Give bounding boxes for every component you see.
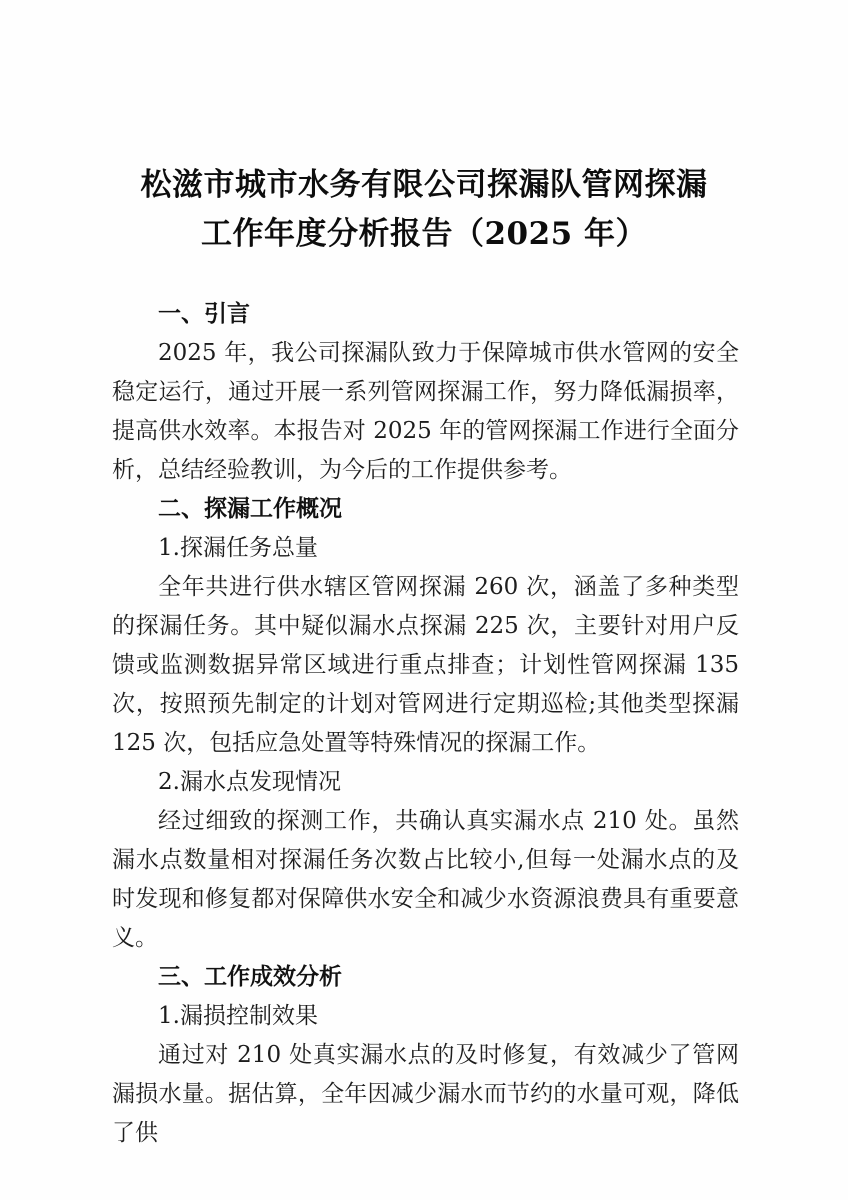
paragraph-leak-points-found: 经过细致的探测工作，共确认真实漏水点 210 处。虽然漏水点数量相对探漏任务次数… xyxy=(112,802,739,958)
document-title-line-2: 工作年度分析报告（2025 年） xyxy=(40,210,808,259)
subsection-heading-leak-points-found: 2.漏水点发现情况 xyxy=(112,763,739,802)
document-title: 松滋市城市水务有限公司探漏队管网探漏 工作年度分析报告（2025 年） xyxy=(40,161,808,259)
paragraph-introduction: 2025 年，我公司探漏队致力于保障城市供水管网的安全稳定运行，通过开展一系列管… xyxy=(112,334,739,490)
paragraph-task-total: 全年共进行供水辖区管网探漏 260 次，涵盖了多种类型的探漏任务。其中疑似漏水点… xyxy=(112,568,739,763)
section-heading-work-overview: 二、探漏工作概况 xyxy=(112,490,739,529)
document-body: 一、引言 2025 年，我公司探漏队致力于保障城市供水管网的安全稳定运行，通过开… xyxy=(112,295,739,1153)
subsection-heading-task-total: 1.探漏任务总量 xyxy=(112,529,739,568)
document-title-line-1: 松滋市城市水务有限公司探漏队管网探漏 xyxy=(40,161,808,210)
subsection-heading-loss-control: 1.漏损控制效果 xyxy=(112,997,739,1036)
section-heading-effectiveness-analysis: 三、工作成效分析 xyxy=(112,958,739,997)
section-heading-introduction: 一、引言 xyxy=(112,295,739,334)
paragraph-loss-control: 通过对 210 处真实漏水点的及时修复，有效减少了管网漏损水量。据估算，全年因减… xyxy=(112,1036,739,1153)
document-page: 松滋市城市水务有限公司探漏队管网探漏 工作年度分析报告（2025 年） 一、引言… xyxy=(0,0,848,1200)
